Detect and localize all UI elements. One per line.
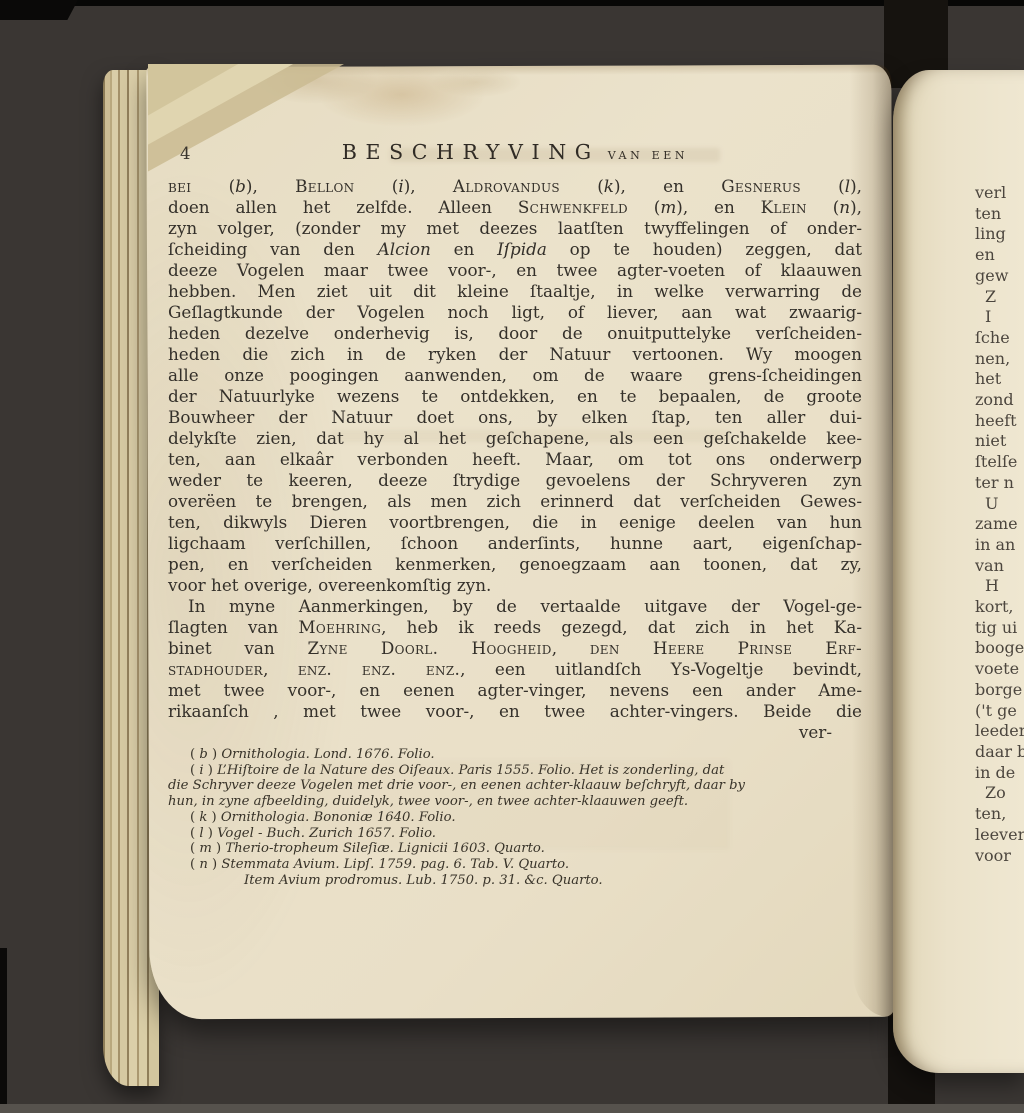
text-line: in de [975, 763, 1024, 784]
catchword: ver- [168, 722, 862, 743]
text-line: ſlagten van Moehring, heb ik reeds gezeg… [168, 617, 862, 638]
text-line: ten, [975, 804, 1024, 825]
text-line: I [975, 307, 1024, 328]
text-line: en [975, 245, 1024, 266]
text-line: daar b [975, 742, 1024, 763]
photo-top-edge [0, 0, 1024, 6]
text-line: overëen te brengen, als men zich erinner… [168, 491, 862, 512]
text-line: die Schryver deeze Vogelen met drie voor… [168, 778, 862, 794]
page-content: 4 BESCHRYVINGvan een bei (b), Bellon (i)… [168, 140, 862, 888]
text-line: ſcheiding van den Alcion en Iſpida op te… [168, 239, 862, 260]
text-line: met twee voor-, en eenen agter-vinger, n… [168, 680, 862, 701]
text-line: voor het overige, overeenkomſtig zyn. [168, 575, 862, 596]
text-line: ling [975, 224, 1024, 245]
text-line: H [975, 576, 1024, 597]
text-line: het [975, 369, 1024, 390]
text-line: ten [975, 204, 1024, 225]
text-line: Z [975, 287, 1024, 308]
text-line: Geſlagtkunde der Vogelen noch ligt, of l… [168, 302, 862, 323]
text-line: tig ui [975, 618, 1024, 639]
footnotes: ( b ) Ornithologia. Lond. 1676. Folio.( … [168, 747, 862, 888]
text-line: binet van Zyne Doorl. Hoogheid, den Heer… [168, 638, 862, 659]
body-text: bei (b), Bellon (i), Aldrovandus (k), en… [168, 176, 862, 722]
text-line: zame [975, 514, 1024, 535]
text-line: alle onze poogingen aanwenden, om de waa… [168, 365, 862, 386]
text-line: borge [975, 680, 1024, 701]
text-line: ten, dikwyls Dieren voortbrengen, die in… [168, 512, 862, 533]
text-line: U [975, 494, 1024, 515]
text-line: hebben. Men ziet uit dit kleine ſtaaltje… [168, 281, 862, 302]
text-line: zyn volger, (zonder my met deezes laatſt… [168, 218, 862, 239]
text-line: ( b ) Ornithologia. Lond. 1676. Folio. [168, 747, 862, 763]
text-line: nen, [975, 349, 1024, 370]
text-line: gew [975, 266, 1024, 287]
text-line: weder te keeren, deeze ſtrydige gevoelen… [168, 470, 862, 491]
photo-top-left-corner [0, 0, 78, 20]
right-page-text: verltenlingengewZIſchenen,hetzondheeftni… [975, 183, 1024, 866]
text-line: ſtelſe [975, 452, 1024, 473]
text-line: ( k ) Ornithologia. Bononiæ 1640. Folio. [168, 810, 862, 826]
text-line: ( i ) L’Hiſtoire de la Nature des Oiſeau… [168, 763, 862, 779]
text-line: niet [975, 431, 1024, 452]
text-line: ſche [975, 328, 1024, 349]
text-line: heden die zich in de ryken der Natuur ve… [168, 344, 862, 365]
text-line: kort, [975, 597, 1024, 618]
text-line: rikaanſch , met twee voor-, en twee acht… [168, 701, 862, 722]
text-line: in an [975, 535, 1024, 556]
text-line: van [975, 556, 1024, 577]
text-line: Bouwheer der Natuur doet ons, by elken ſ… [168, 407, 862, 428]
text-line: ( l ) Vogel - Buch. Zurich 1657. Folio. [168, 826, 862, 842]
right-page-sliver: verltenlingengewZIſchenen,hetzondheeftni… [893, 70, 1024, 1073]
text-line: ( m ) Therio-tropheum Sileſiæ. Lignicii … [168, 841, 862, 857]
photo-bottom-edge [0, 1104, 1024, 1113]
page-number: 4 [180, 144, 191, 163]
text-line: delykſte zien, dat hy al het geſchapene,… [168, 428, 862, 449]
text-line: heeft [975, 411, 1024, 432]
text-line: der Natuurlyke wezens te ontdekken, en t… [168, 386, 862, 407]
text-line: doen allen het zelfde. Alleen Schwenkfel… [168, 197, 862, 218]
text-line: bei (b), Bellon (i), Aldrovandus (k), en… [168, 176, 862, 197]
text-line: ( n ) Stemmata Avium. Lipſ. 1759. pag. 6… [168, 857, 862, 873]
running-title: BESCHRYVING [342, 140, 600, 164]
text-line: In myne Aanmerkingen, by de vertaalde ui… [168, 596, 862, 617]
text-line: hun, in zyne afbeelding, duidelyk, twee … [168, 794, 862, 810]
text-line: ligchaam verſchillen, ſchoon anderſints,… [168, 533, 862, 554]
text-line: Zo [975, 783, 1024, 804]
page-header: 4 BESCHRYVINGvan een [168, 140, 862, 168]
text-line: ten, aan elkaâr verbonden heeft. Maar, o… [168, 449, 862, 470]
text-line: stadhouder, enz. enz. enz., een uitlandſ… [168, 659, 862, 680]
text-line: ('t ge [975, 701, 1024, 722]
running-title-suffix: van een [608, 145, 688, 163]
text-line: verl [975, 183, 1024, 204]
text-line: leeder [975, 721, 1024, 742]
text-line: booge [975, 638, 1024, 659]
text-line: pen, en verſcheiden kenmerken, genoegzaa… [168, 554, 862, 575]
text-line: zond [975, 390, 1024, 411]
text-line: voete [975, 659, 1024, 680]
photo-left-edge [0, 948, 7, 1108]
text-line: Item Avium prodromus. Lub. 1750. p. 31. … [168, 873, 862, 889]
text-line: voor [975, 846, 1024, 867]
text-line: leever [975, 825, 1024, 846]
text-line: deeze Vogelen maar twee voor-, en twee a… [168, 260, 862, 281]
text-line: ter n [975, 473, 1024, 494]
text-line: heden dezelve onderhevig is, door de onu… [168, 323, 862, 344]
